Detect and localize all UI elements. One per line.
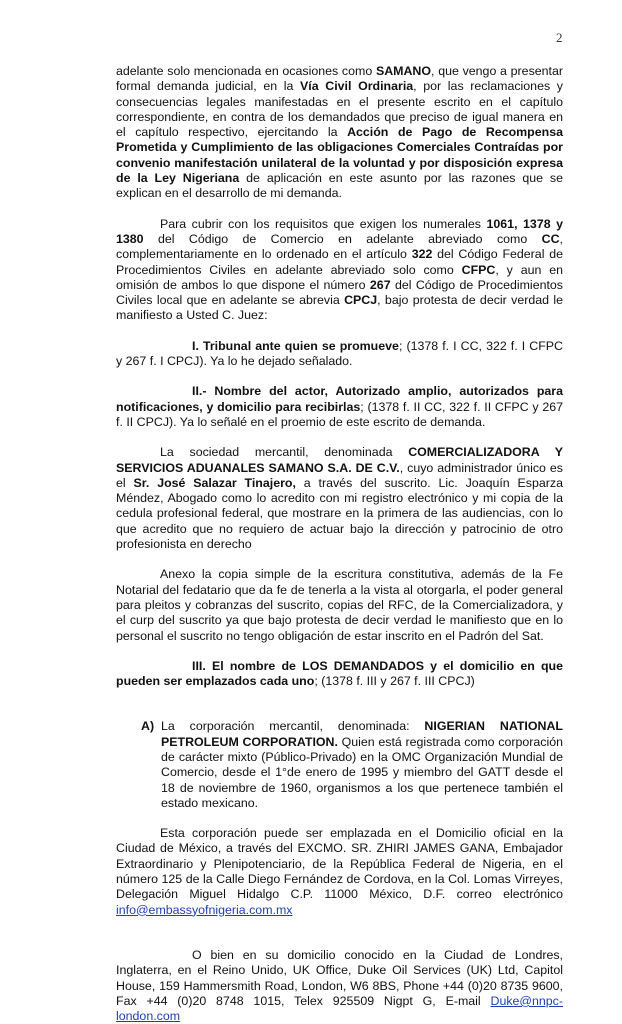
paragraph-sociedad: La sociedad mercantil, denominada COMERC… [116,445,563,552]
paragraph-domicilio-mexico: Esta corporación puede ser emplazada en … [116,826,563,918]
list-item-a: A) La corporación mercantil, denominada:… [141,719,563,811]
bold-text: CPCJ [344,293,377,307]
paragraph-requisitos: Para cubrir con los requisitos que exige… [116,217,563,324]
text: adelante solo mencionada en ocasiones co… [116,64,376,78]
bold-text: Vía Civil Ordinaria [300,79,413,93]
bold-text: 267 [370,278,391,292]
document-body: adelante solo mencionada en ocasiones co… [116,64,563,1024]
paragraph-anexo: Anexo la copia simple de la escritura co… [116,567,563,643]
list-label: A) [141,719,161,811]
section-ii: II.- Nombre del actor, Autorizado amplio… [116,384,563,430]
bold-text: CFPC [462,263,496,277]
bold-text: 322 [412,247,433,261]
section-i: I. Tribunal ante quien se promueve; (137… [116,339,563,370]
text: La sociedad mercantil, denominada [160,445,408,459]
paragraph-domicilio-londres: O bien en su domicilio conocido en la Ci… [116,948,563,1024]
text: Esta corporación puede ser emplazada en … [116,826,563,901]
list-item-text: La corporación mercantil, denominada: NI… [161,719,563,811]
text: La corporación mercantil, denominada: [161,719,424,733]
bold-text: CC [542,232,560,246]
email-link-embassy[interactable]: info@embassyofnigeria.com.mx [116,903,292,917]
bold-text: SAMANO [376,64,431,78]
section-heading: I. Tribunal ante quien se promueve [192,339,399,353]
text: Anexo la copia simple de la escritura co… [116,567,563,642]
text: del Código de Comercio en adelante abrev… [144,232,542,246]
page-number: 2 [556,30,563,46]
text: ; (1378 f. III y 267 f. III CPCJ) [314,674,474,688]
section-iii: III. El nombre de LOS DEMANDADOS y el do… [116,659,563,690]
bold-text: Sr. José Salazar Tinajero, [134,476,296,490]
text: Para cubrir con los requisitos que exige… [160,217,487,231]
paragraph-intro: adelante solo mencionada en ocasiones co… [116,64,563,202]
